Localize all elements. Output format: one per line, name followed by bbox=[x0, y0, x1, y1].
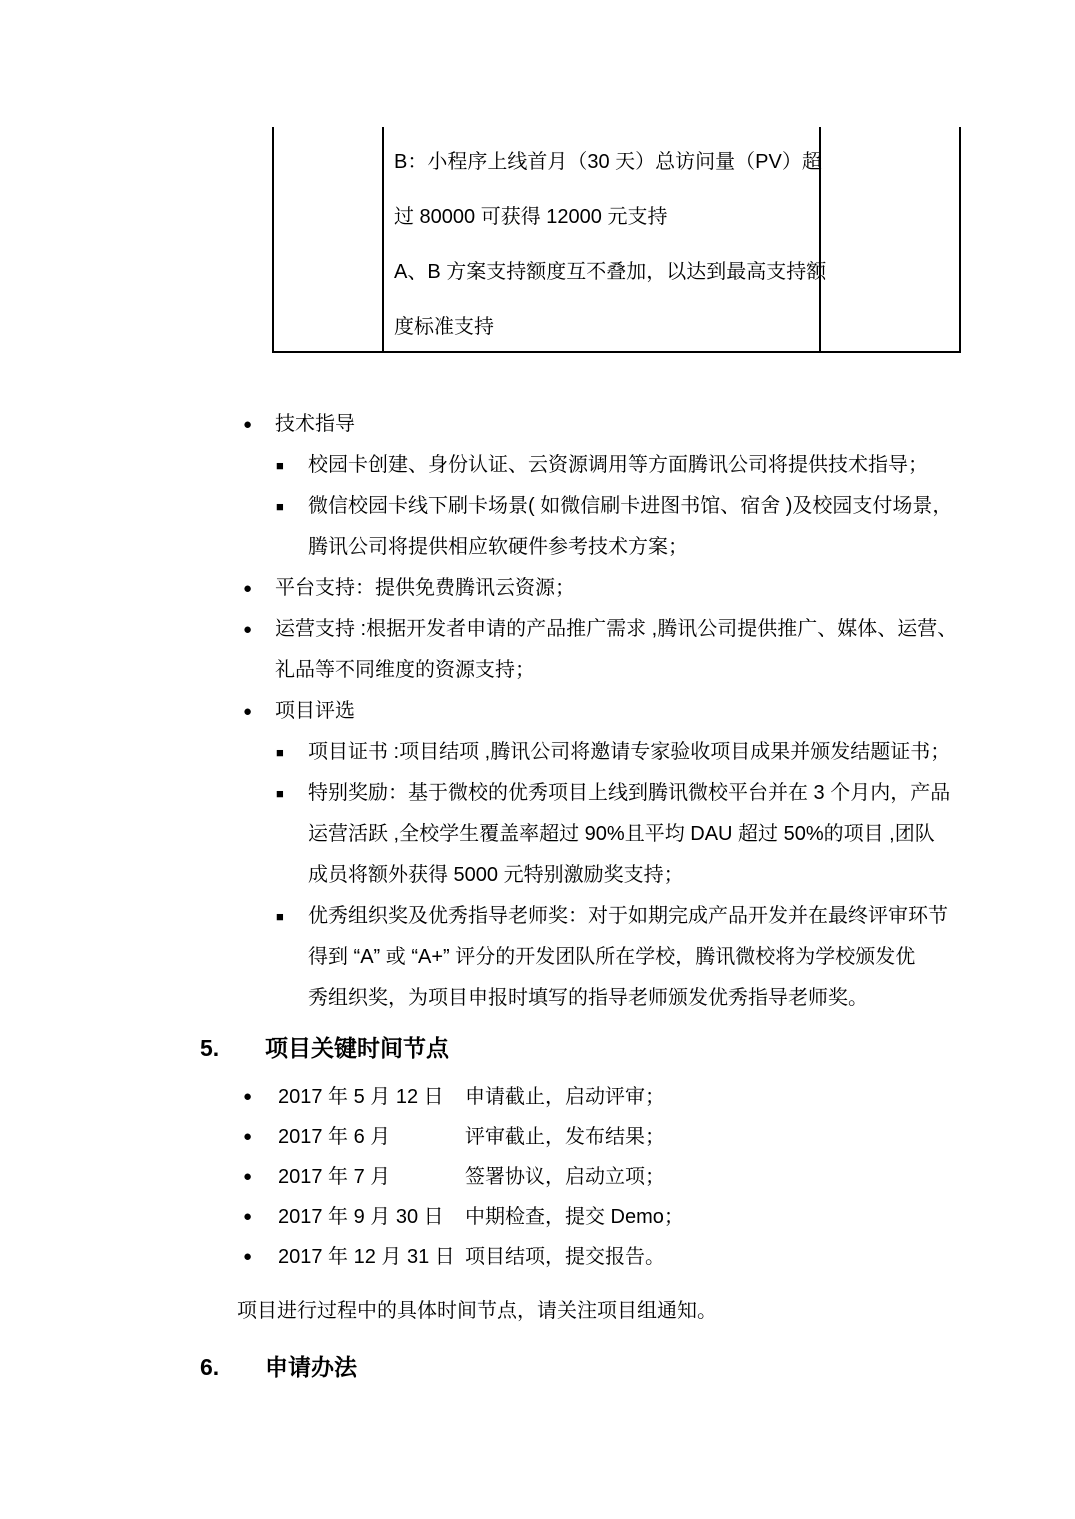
timeline-item: ● 2017 年 12 月 31 日 项目结项，提交报告。 bbox=[0, 1237, 1075, 1277]
timeline-date: 2017 年 5 月 12 日 bbox=[278, 1077, 444, 1117]
list-item-text: 腾讯公司将提供相应软硬件参考技术方案； bbox=[308, 527, 688, 568]
list-item-continuation: 运营活跃 ,全校学生覆盖率超过 90%且平均 DAU 超过 50%的项目 ,团队 bbox=[0, 814, 1075, 855]
square-bullet-icon: ■ bbox=[276, 486, 284, 527]
timeline-desc: 项目结项，提交报告。 bbox=[465, 1237, 665, 1277]
table-text-line: B：小程序上线首月（30 天）总访问量（PV）超 bbox=[394, 135, 819, 190]
list-item-continuation: 得到 “A” 或 “A+” 评分的开发团队所在学校，腾讯微校将为学校颁发优 bbox=[0, 937, 1075, 978]
table-text-line: 过 80000 可获得 12000 元支持 bbox=[394, 190, 819, 245]
timeline-date: 2017 年 12 月 31 日 bbox=[278, 1237, 455, 1277]
timeline-item: ● 2017 年 9 月 30 日 中期检查，提交 Demo； bbox=[0, 1197, 1075, 1237]
list-item-text: 特别奖励：基于微校的优秀项目上线到腾讯微校平台并在 3 个月内，产品 bbox=[308, 773, 950, 814]
list-item-text: 微信校园卡线下刷卡场景( 如微信刷卡进图书馆、宿舍 )及校园支付场景， bbox=[308, 486, 952, 527]
timeline-item: ● 2017 年 6 月 评审截止，发布结果； bbox=[0, 1117, 1075, 1157]
timeline-date: 2017 年 9 月 30 日 bbox=[278, 1197, 444, 1237]
list-item-continuation: 礼品等不同维度的资源支持； bbox=[0, 650, 1075, 691]
list-item: ● 技术指导 bbox=[0, 404, 1075, 445]
circle-bullet-icon: ● bbox=[243, 1157, 252, 1197]
list-item: ■ 项目证书 :项目结项 ,腾讯公司将邀请专家验收项目成果并颁发结题证书； bbox=[0, 732, 1075, 773]
timeline-desc: 签署协议，启动立项； bbox=[465, 1157, 665, 1197]
timeline-desc: 评审截止，发布结果； bbox=[465, 1117, 665, 1157]
list-item-text: 得到 “A” 或 “A+” 评分的开发团队所在学校，腾讯微校将为学校颁发优 bbox=[308, 937, 915, 978]
circle-bullet-icon: ● bbox=[243, 404, 252, 445]
section-title: 项目关键时间节点 bbox=[265, 1032, 449, 1064]
circle-bullet-icon: ● bbox=[243, 568, 252, 609]
list-item-text: 项目评选 bbox=[275, 691, 355, 732]
list-item: ■ 特别奖励：基于微校的优秀项目上线到腾讯微校平台并在 3 个月内，产品 bbox=[0, 773, 1075, 814]
timeline-desc: 中期检查，提交 Demo； bbox=[465, 1197, 684, 1237]
list-item-text: 技术指导 bbox=[275, 404, 355, 445]
table-text-line: A、B 方案支持额度互不叠加，以达到最高支持额 bbox=[394, 245, 819, 300]
timeline-item: ● 2017 年 7 月 签署协议，启动立项； bbox=[0, 1157, 1075, 1197]
table-text-line: 度标准支持 bbox=[394, 300, 819, 355]
timeline-item: ● 2017 年 5 月 12 日 申请截止，启动评审； bbox=[0, 1077, 1075, 1117]
list-item: ● 平台支持：提供免费腾讯云资源； bbox=[0, 568, 1075, 609]
circle-bullet-icon: ● bbox=[243, 1117, 252, 1157]
list-item: ● 运营支持 :根据开发者申请的产品推广需求 ,腾讯公司提供推广、媒体、运营、 bbox=[0, 609, 1075, 650]
list-item-text: 秀组织奖，为项目申报时填写的指导老师颁发优秀指导老师奖。 bbox=[308, 978, 868, 1019]
list-item-continuation: 秀组织奖，为项目申报时填写的指导老师颁发优秀指导老师奖。 bbox=[0, 978, 1075, 1019]
circle-bullet-icon: ● bbox=[243, 1197, 252, 1237]
section-number: 6. bbox=[200, 1351, 219, 1383]
list-item: ■ 微信校园卡线下刷卡场景( 如微信刷卡进图书馆、宿舍 )及校园支付场景， bbox=[0, 486, 1075, 527]
support-table-fragment: B：小程序上线首月（30 天）总访问量（PV）超 过 80000 可获得 120… bbox=[272, 127, 961, 353]
table-cell-support-terms: B：小程序上线首月（30 天）总访问量（PV）超 过 80000 可获得 120… bbox=[384, 127, 821, 351]
circle-bullet-icon: ● bbox=[243, 1237, 252, 1277]
square-bullet-icon: ■ bbox=[276, 445, 284, 486]
document-page: B：小程序上线首月（30 天）总访问量（PV）超 过 80000 可获得 120… bbox=[0, 0, 1075, 1519]
timeline-note: 项目进行过程中的具体时间节点，请关注项目组通知。 bbox=[237, 1296, 717, 1326]
timeline-list: ● 2017 年 5 月 12 日 申请截止，启动评审； ● 2017 年 6 … bbox=[0, 1077, 1075, 1277]
list-item-continuation: 腾讯公司将提供相应软硬件参考技术方案； bbox=[0, 527, 1075, 568]
list-item: ■ 校园卡创建、身份认证、云资源调用等方面腾讯公司将提供技术指导； bbox=[0, 445, 1075, 486]
list-item-text: 平台支持：提供免费腾讯云资源； bbox=[275, 568, 575, 609]
list-item-text: 成员将额外获得 5000 元特别激励奖支持； bbox=[308, 855, 684, 896]
section-title: 申请办法 bbox=[265, 1351, 357, 1383]
list-item: ■ 优秀组织奖及优秀指导老师奖：对于如期完成产品开发并在最终评审环节 bbox=[0, 896, 1075, 937]
square-bullet-icon: ■ bbox=[276, 773, 284, 814]
table-cell-right-empty bbox=[821, 127, 961, 351]
timeline-date: 2017 年 7 月 bbox=[278, 1157, 390, 1197]
circle-bullet-icon: ● bbox=[243, 691, 252, 732]
list-item-text: 项目证书 :项目结项 ,腾讯公司将邀请专家验收项目成果并颁发结题证书； bbox=[308, 732, 950, 773]
timeline-date: 2017 年 6 月 bbox=[278, 1117, 390, 1157]
circle-bullet-icon: ● bbox=[243, 1077, 252, 1117]
list-item-text: 运营支持 :根据开发者申请的产品推广需求 ,腾讯公司提供推广、媒体、运营、 bbox=[275, 609, 957, 650]
timeline-desc: 申请截止，启动评审； bbox=[465, 1077, 665, 1117]
circle-bullet-icon: ● bbox=[243, 609, 252, 650]
list-item: ● 项目评选 bbox=[0, 691, 1075, 732]
list-item-text: 运营活跃 ,全校学生覆盖率超过 90%且平均 DAU 超过 50%的项目 ,团队 bbox=[308, 814, 935, 855]
table-cell-left-empty bbox=[272, 127, 384, 351]
list-item-text: 校园卡创建、身份认证、云资源调用等方面腾讯公司将提供技术指导； bbox=[308, 445, 928, 486]
section-number: 5. bbox=[200, 1032, 219, 1064]
list-item-text: 礼品等不同维度的资源支持； bbox=[275, 650, 535, 691]
support-bullet-list: ● 技术指导 ■ 校园卡创建、身份认证、云资源调用等方面腾讯公司将提供技术指导；… bbox=[0, 404, 1075, 1019]
square-bullet-icon: ■ bbox=[276, 896, 284, 937]
list-item-text: 优秀组织奖及优秀指导老师奖：对于如期完成产品开发并在最终评审环节 bbox=[308, 896, 948, 937]
list-item-continuation: 成员将额外获得 5000 元特别激励奖支持； bbox=[0, 855, 1075, 896]
square-bullet-icon: ■ bbox=[276, 732, 284, 773]
